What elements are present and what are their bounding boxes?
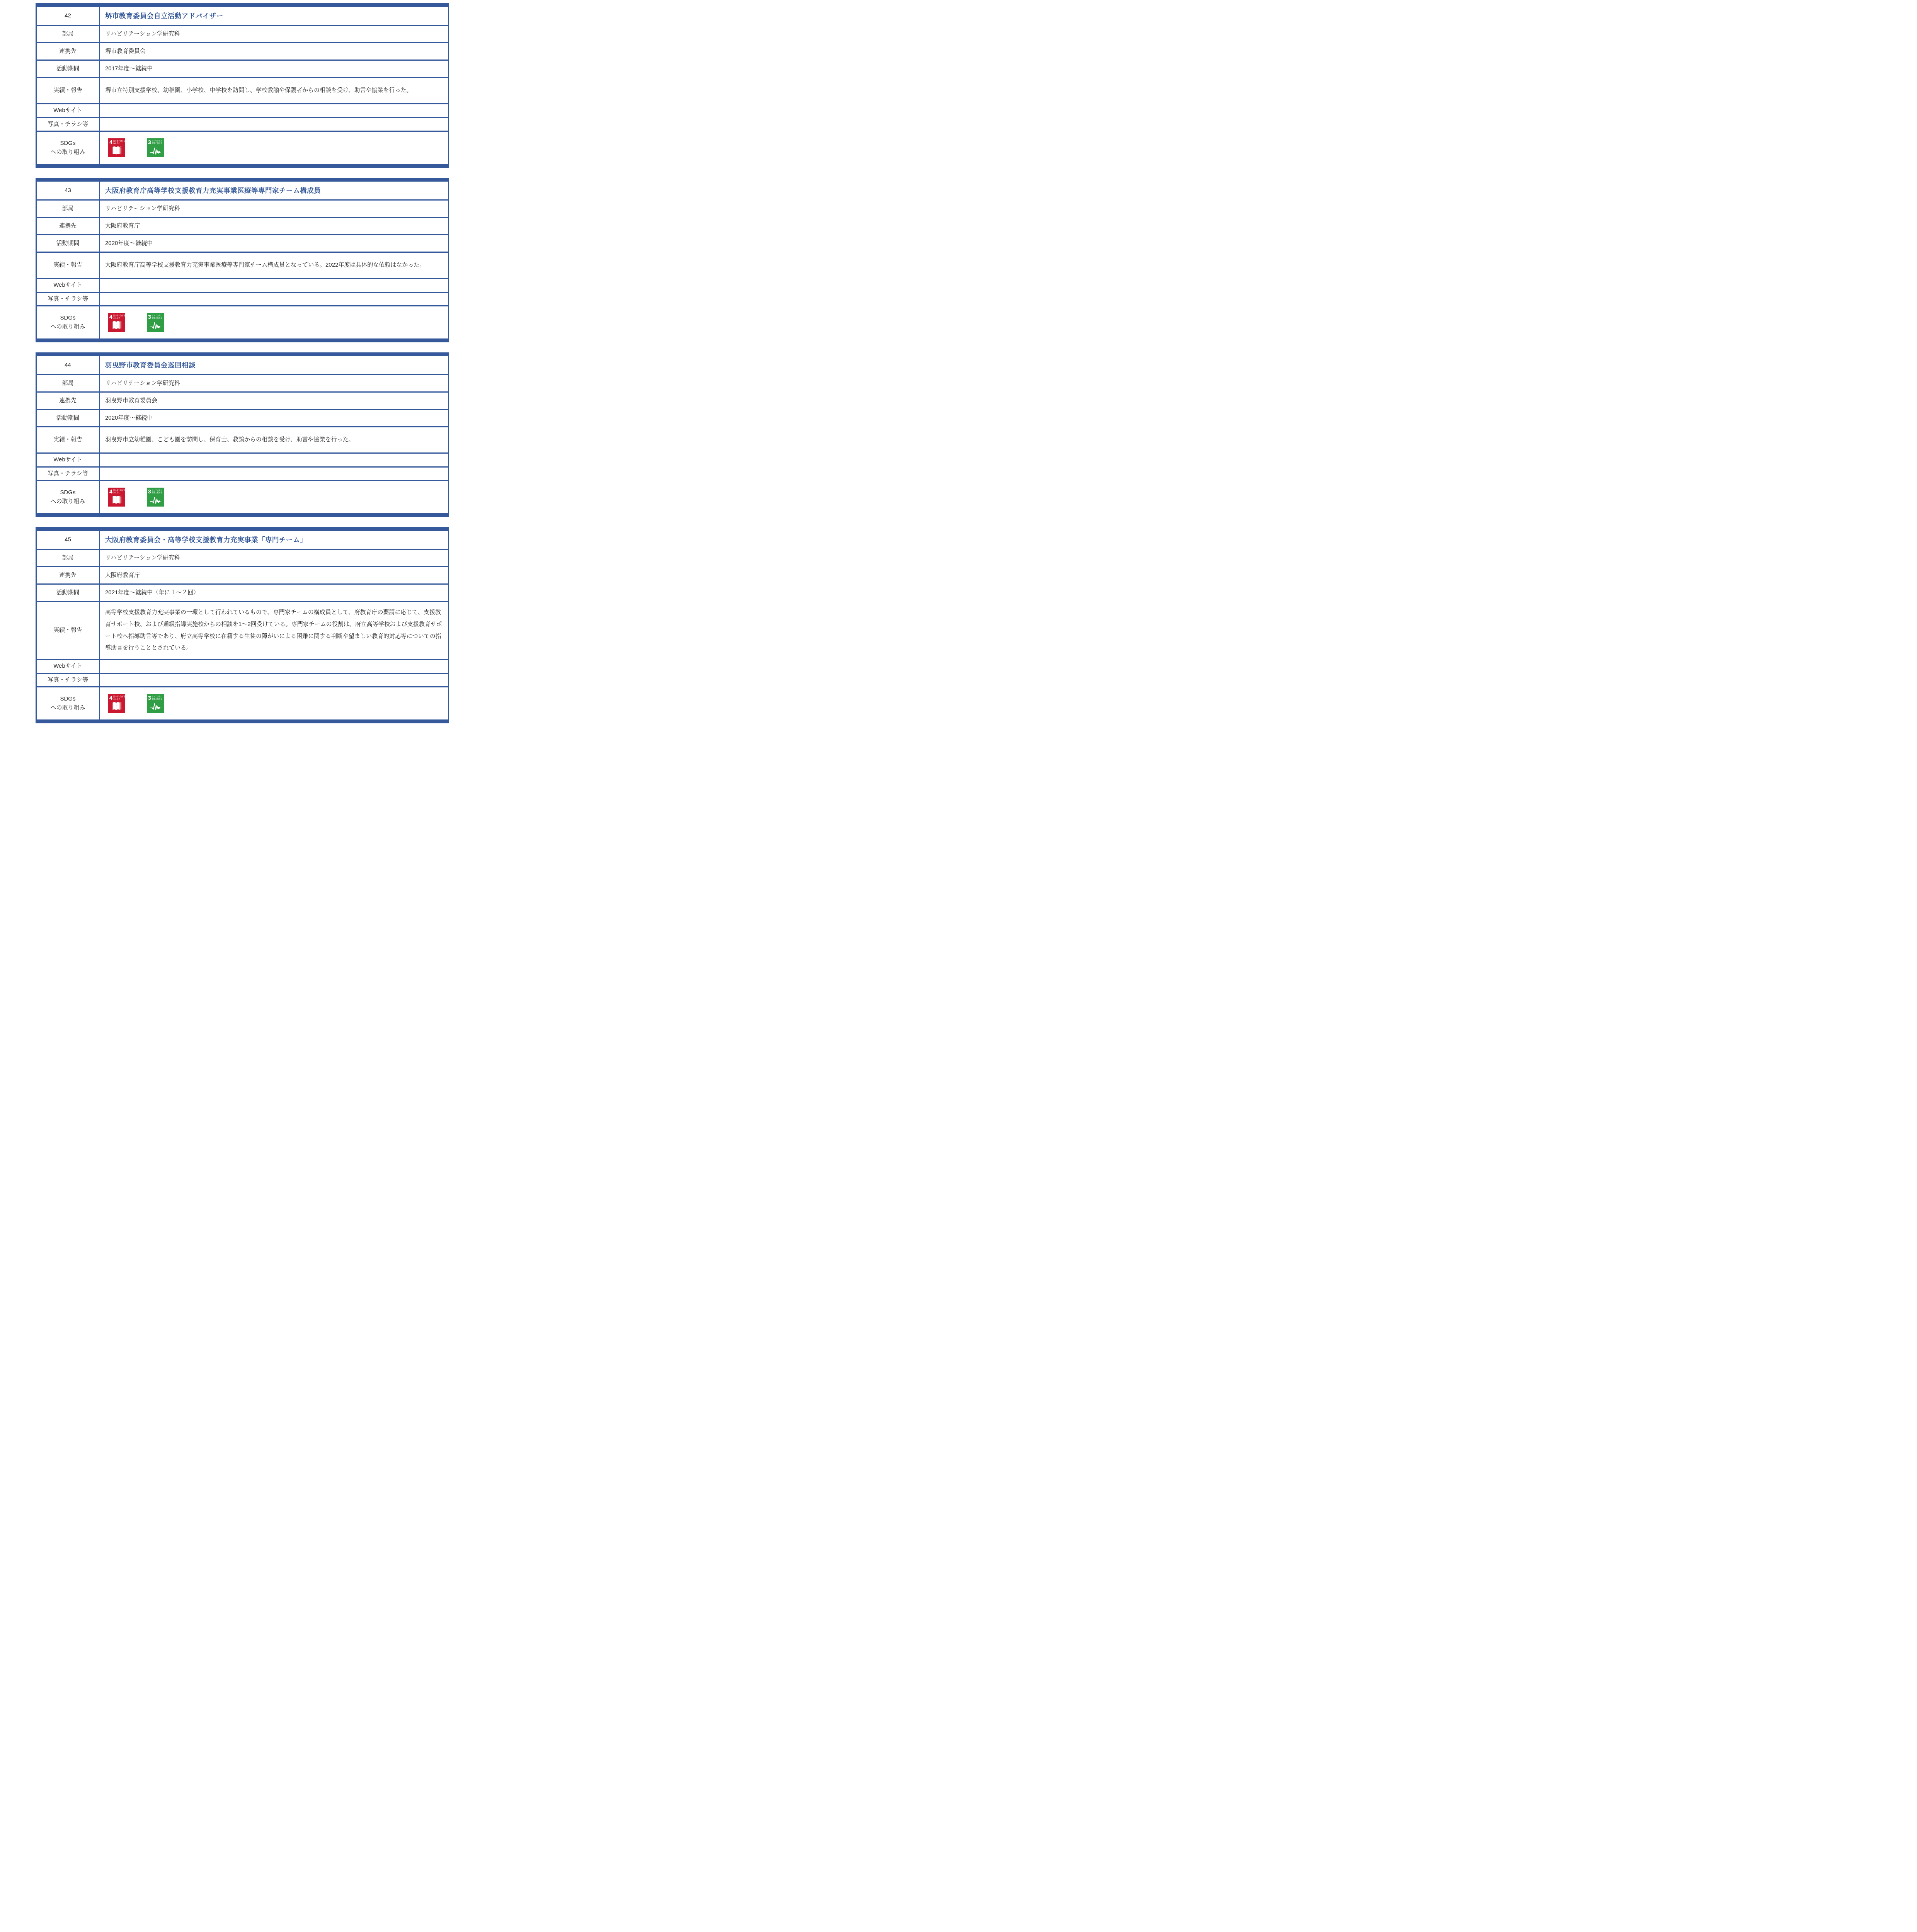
- sdg-goal-3-good-health-icon: 3 すべての人に健康と福祉を: [147, 694, 164, 713]
- open-book-pencil-icon: [111, 320, 122, 330]
- sdg-goal-label: 質の高い教育をみんなに: [113, 695, 126, 700]
- sdg-goal-number: 4: [109, 695, 112, 701]
- value-department: リハビリテーション学研究科: [100, 375, 448, 391]
- label-sdgs-line1: SDGs: [60, 488, 75, 497]
- label-partner: 連携先: [37, 567, 100, 583]
- value-partner: 羽曳野市教育委員会: [100, 393, 448, 409]
- label-sdgs: SDGs への取り組み: [37, 132, 100, 164]
- label-department: 部局: [37, 375, 100, 391]
- value-photos: [100, 674, 448, 687]
- entry-number: 45: [37, 531, 100, 549]
- sdg-goal-label: 質の高い教育をみんなに: [113, 489, 126, 493]
- sdg-goal-4-quality-education-icon: 4 質の高い教育をみんなに: [108, 694, 125, 713]
- label-photos: 写真・チラシ等: [37, 674, 100, 687]
- sdg-goal-number: 4: [109, 314, 112, 320]
- document-page: 42 堺市教育委員会自立活動アドバイザー 部局 リハビリテーション学研究科 連携…: [0, 0, 479, 740]
- sdg-goal-number: 3: [148, 314, 151, 320]
- label-photos: 写真・チラシ等: [37, 293, 100, 306]
- label-photos: 写真・チラシ等: [37, 118, 100, 131]
- label-website: Webサイト: [37, 279, 100, 292]
- label-sdgs-line2: への取り組み: [50, 704, 85, 713]
- sdg-goal-3-good-health-icon: 3 すべての人に健康と福祉を: [147, 488, 164, 507]
- label-period: 活動期間: [37, 61, 100, 77]
- sdg-goal-4-quality-education-icon: 4 質の高い教育をみんなに: [108, 488, 125, 507]
- value-website: [100, 660, 448, 673]
- sdg-goal-label: すべての人に健康と福祉を: [152, 489, 162, 493]
- label-website: Webサイト: [37, 660, 100, 673]
- sdg-icon-strip: 4 質の高い教育をみんなに 3 すべての人に健康と福祉を: [105, 311, 164, 334]
- label-report: 実績・報告: [37, 602, 100, 659]
- value-partner: 大阪府教育庁: [100, 567, 448, 583]
- value-period: 2017年度〜継続中: [100, 61, 448, 77]
- value-partner: 堺市教育委員会: [100, 43, 448, 60]
- value-photos: [100, 468, 448, 480]
- label-report: 実績・報告: [37, 427, 100, 452]
- value-website: [100, 104, 448, 117]
- label-department: 部局: [37, 26, 100, 42]
- open-book-pencil-icon: [111, 495, 122, 505]
- value-photos: [100, 293, 448, 306]
- entry-title: 大阪府教育委員会・高等学校支援教育力充実事業「専門チーム」: [100, 531, 448, 549]
- label-partner: 連携先: [37, 43, 100, 60]
- label-period: 活動期間: [37, 410, 100, 426]
- label-sdgs-line2: への取り組み: [50, 497, 85, 506]
- sdg-goal-number: 3: [148, 489, 151, 494]
- entry-number: 42: [37, 7, 100, 25]
- label-period: 活動期間: [37, 585, 100, 601]
- partnership-entry-table: 43 大阪府教育庁高等学校支援教育力充実事業医療等専門家チーム構成員 部局 リハ…: [36, 178, 449, 342]
- label-sdgs: SDGs への取り組み: [37, 687, 100, 719]
- value-report: 高等学校支援教育力充実事業の一環として行われているもので、専門家チームの構成員と…: [100, 602, 448, 659]
- value-sdgs: 4 質の高い教育をみんなに 3 すべての人に健康と福祉を: [100, 132, 448, 164]
- entry-tables: 42 堺市教育委員会自立活動アドバイザー 部局 リハビリテーション学研究科 連携…: [36, 3, 449, 723]
- sdg-goal-number: 3: [148, 139, 151, 145]
- entry-title: 大阪府教育庁高等学校支援教育力充実事業医療等専門家チーム構成員: [100, 182, 448, 199]
- value-period: 2020年度〜継続中: [100, 410, 448, 426]
- open-book-pencil-icon: [111, 146, 122, 156]
- sdg-icon-strip: 4 質の高い教育をみんなに 3 すべての人に健康と福祉を: [105, 136, 164, 160]
- sdg-goal-label: すべての人に健康と福祉を: [152, 314, 162, 319]
- heartbeat-heart-icon: [150, 495, 161, 505]
- label-sdgs: SDGs への取り組み: [37, 481, 100, 513]
- label-sdgs-line2: への取り組み: [50, 323, 85, 332]
- label-partner: 連携先: [37, 393, 100, 409]
- value-sdgs: 4 質の高い教育をみんなに 3 すべての人に健康と福祉を: [100, 306, 448, 338]
- sdg-goal-3-good-health-icon: 3 すべての人に健康と福祉を: [147, 138, 164, 157]
- label-website: Webサイト: [37, 104, 100, 117]
- heartbeat-heart-icon: [150, 701, 161, 711]
- sdg-goal-4-quality-education-icon: 4 質の高い教育をみんなに: [108, 138, 125, 157]
- sdg-goal-label: 質の高い教育をみんなに: [113, 314, 126, 319]
- sdg-icon-strip: 4 質の高い教育をみんなに 3 すべての人に健康と福祉を: [105, 692, 164, 715]
- sdg-icon-strip: 4 質の高い教育をみんなに 3 すべての人に健康と福祉を: [105, 485, 164, 509]
- label-department: 部局: [37, 550, 100, 566]
- label-partner: 連携先: [37, 218, 100, 234]
- heartbeat-heart-icon: [150, 320, 161, 330]
- value-department: リハビリテーション学研究科: [100, 550, 448, 566]
- value-photos: [100, 118, 448, 131]
- label-period: 活動期間: [37, 235, 100, 252]
- sdg-goal-number: 4: [109, 489, 112, 494]
- value-period: 2021年度〜継続中（年に１〜２回）: [100, 585, 448, 601]
- value-website: [100, 279, 448, 292]
- value-department: リハビリテーション学研究科: [100, 201, 448, 217]
- value-sdgs: 4 質の高い教育をみんなに 3 すべての人に健康と福祉を: [100, 687, 448, 719]
- sdg-goal-label: すべての人に健康と福祉を: [152, 695, 162, 700]
- heartbeat-heart-icon: [150, 146, 161, 156]
- label-website: Webサイト: [37, 454, 100, 466]
- sdg-goal-number: 3: [148, 695, 151, 701]
- value-period: 2020年度〜継続中: [100, 235, 448, 252]
- value-report: 羽曳野市立幼稚園、こども園を訪問し、保育士、教諭からの相談を受け、助言や協業を行…: [100, 427, 448, 452]
- label-sdgs-line1: SDGs: [60, 695, 75, 704]
- value-department: リハビリテーション学研究科: [100, 26, 448, 42]
- label-report: 実績・報告: [37, 253, 100, 278]
- label-sdgs-line1: SDGs: [60, 139, 75, 148]
- entry-title: 羽曳野市教育委員会巡回相談: [100, 356, 448, 374]
- value-sdgs: 4 質の高い教育をみんなに 3 すべての人に健康と福祉を: [100, 481, 448, 513]
- label-photos: 写真・チラシ等: [37, 468, 100, 480]
- label-report: 実績・報告: [37, 78, 100, 103]
- label-department: 部局: [37, 201, 100, 217]
- label-sdgs-line1: SDGs: [60, 314, 75, 323]
- label-sdgs-line2: への取り組み: [50, 148, 85, 157]
- entry-number: 43: [37, 182, 100, 199]
- entry-title: 堺市教育委員会自立活動アドバイザー: [100, 7, 448, 25]
- sdg-goal-number: 4: [109, 139, 112, 145]
- value-report: 堺市立特別支援学校、幼稚園、小学校、中学校を訪問し、学校教諭や保護者からの相談を…: [100, 78, 448, 103]
- partnership-entry-table: 44 羽曳野市教育委員会巡回相談 部局 リハビリテーション学研究科 連携先 羽曳…: [36, 352, 449, 517]
- value-partner: 大阪府教育庁: [100, 218, 448, 234]
- sdg-goal-label: 質の高い教育をみんなに: [113, 139, 126, 144]
- value-report: 大阪府教育庁高等学校支援教育力充実事業医療等専門家チーム構成員となっている。20…: [100, 253, 448, 278]
- partnership-entry-table: 45 大阪府教育委員会・高等学校支援教育力充実事業「専門チーム」 部局 リハビリ…: [36, 527, 449, 723]
- partnership-entry-table: 42 堺市教育委員会自立活動アドバイザー 部局 リハビリテーション学研究科 連携…: [36, 3, 449, 168]
- open-book-pencil-icon: [111, 701, 122, 711]
- sdg-goal-label: すべての人に健康と福祉を: [152, 139, 162, 144]
- label-sdgs: SDGs への取り組み: [37, 306, 100, 338]
- entry-number: 44: [37, 356, 100, 374]
- sdg-goal-4-quality-education-icon: 4 質の高い教育をみんなに: [108, 313, 125, 332]
- sdg-goal-3-good-health-icon: 3 すべての人に健康と福祉を: [147, 313, 164, 332]
- value-website: [100, 454, 448, 466]
